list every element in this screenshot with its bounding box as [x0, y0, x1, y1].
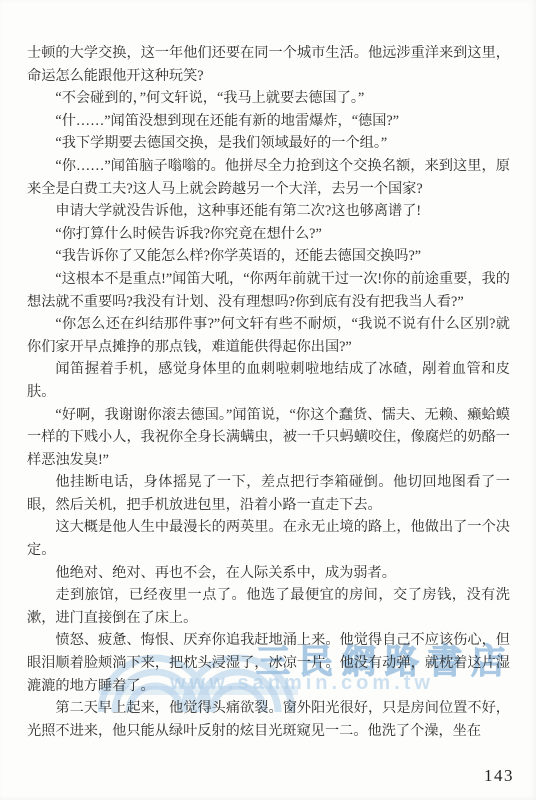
book-page: 三民網路書店 www.sanmin.com.tw 士顿的大学交换，这一年他们还要…: [0, 0, 536, 800]
page-number: 143: [484, 766, 514, 786]
paragraph: “不会碰到的，”何文轩说，“我马上就要去德国了。”: [27, 87, 510, 110]
paragraph: “我告诉你了又能怎么样?你学英语的，还能去德国交换吗?”: [27, 245, 510, 268]
paragraph: “你打算什么时候告诉我?你究竟在想什么?”: [27, 223, 510, 246]
paragraph: “你……”闻笛脑子嗡嗡的。他拼尽全力抢到这个交换名额，来到这里，原来全是白费工夫…: [27, 155, 510, 200]
paragraph: 愤怒、疲惫、悔恨、厌弃你追我赶地涌上来。他觉得自己不应该伤心，但眼泪顺着脸颊淌下…: [27, 629, 510, 697]
paragraph: 第二天早上起来，他觉得头痛欲裂。窗外阳光很好，只是房间位置不好，光照不进来，他只…: [27, 697, 510, 742]
paragraph: 他绝对、绝对、再也不会，在人际关系中，成为弱者。: [27, 562, 510, 585]
paragraph: 申请大学就没告诉他，这种事还能有第二次?这也够离谱了!: [27, 200, 510, 223]
body-text: 士顿的大学交换，这一年他们还要在同一个城市生活。他远涉重洋来到这里，命运怎么能跟…: [27, 42, 510, 770]
paragraph: 士顿的大学交换，这一年他们还要在同一个城市生活。他远涉重洋来到这里，命运怎么能跟…: [27, 42, 510, 87]
paragraph: 这大概是他人生中最漫长的两英里。在永无止境的路上，他做出了一个决定。: [27, 516, 510, 561]
paragraph: 走到旅馆，已经夜里一点了。他选了最便宜的房间，交了房钱，没有洗漱，进门直接倒在了…: [27, 584, 510, 629]
paragraph: “好啊，我谢谢你滚去德国。”闻笛说，“你这个蠢货、懦夫、无赖、癞蛤蟆一样的下贱小…: [27, 404, 510, 472]
paragraph: 他挂断电话，身体摇晃了一下，差点把行李箱碰倒。他切回地图看了一眼，然后关机，把手…: [27, 471, 510, 516]
paragraph: “这根本不是重点!”闻笛大吼，“你两年前就干过一次!你的前途重要，我的想法就不重…: [27, 268, 510, 313]
paragraph: “我下学期要去德国交换，是我们领域最好的一个组。”: [27, 132, 510, 155]
paragraph: 闻笛握着手机，感觉身体里的血刺啦刺啦地结成了冰碴，剐着血管和皮肤。: [27, 358, 510, 403]
paragraph: “你怎么还在纠结那件事?”何文轩有些不耐烦，“我说不说有什么区别?就你们家开早点…: [27, 313, 510, 358]
paragraph: “什……”闻笛没想到现在还能有新的地雷爆炸，“德国?”: [27, 110, 510, 133]
